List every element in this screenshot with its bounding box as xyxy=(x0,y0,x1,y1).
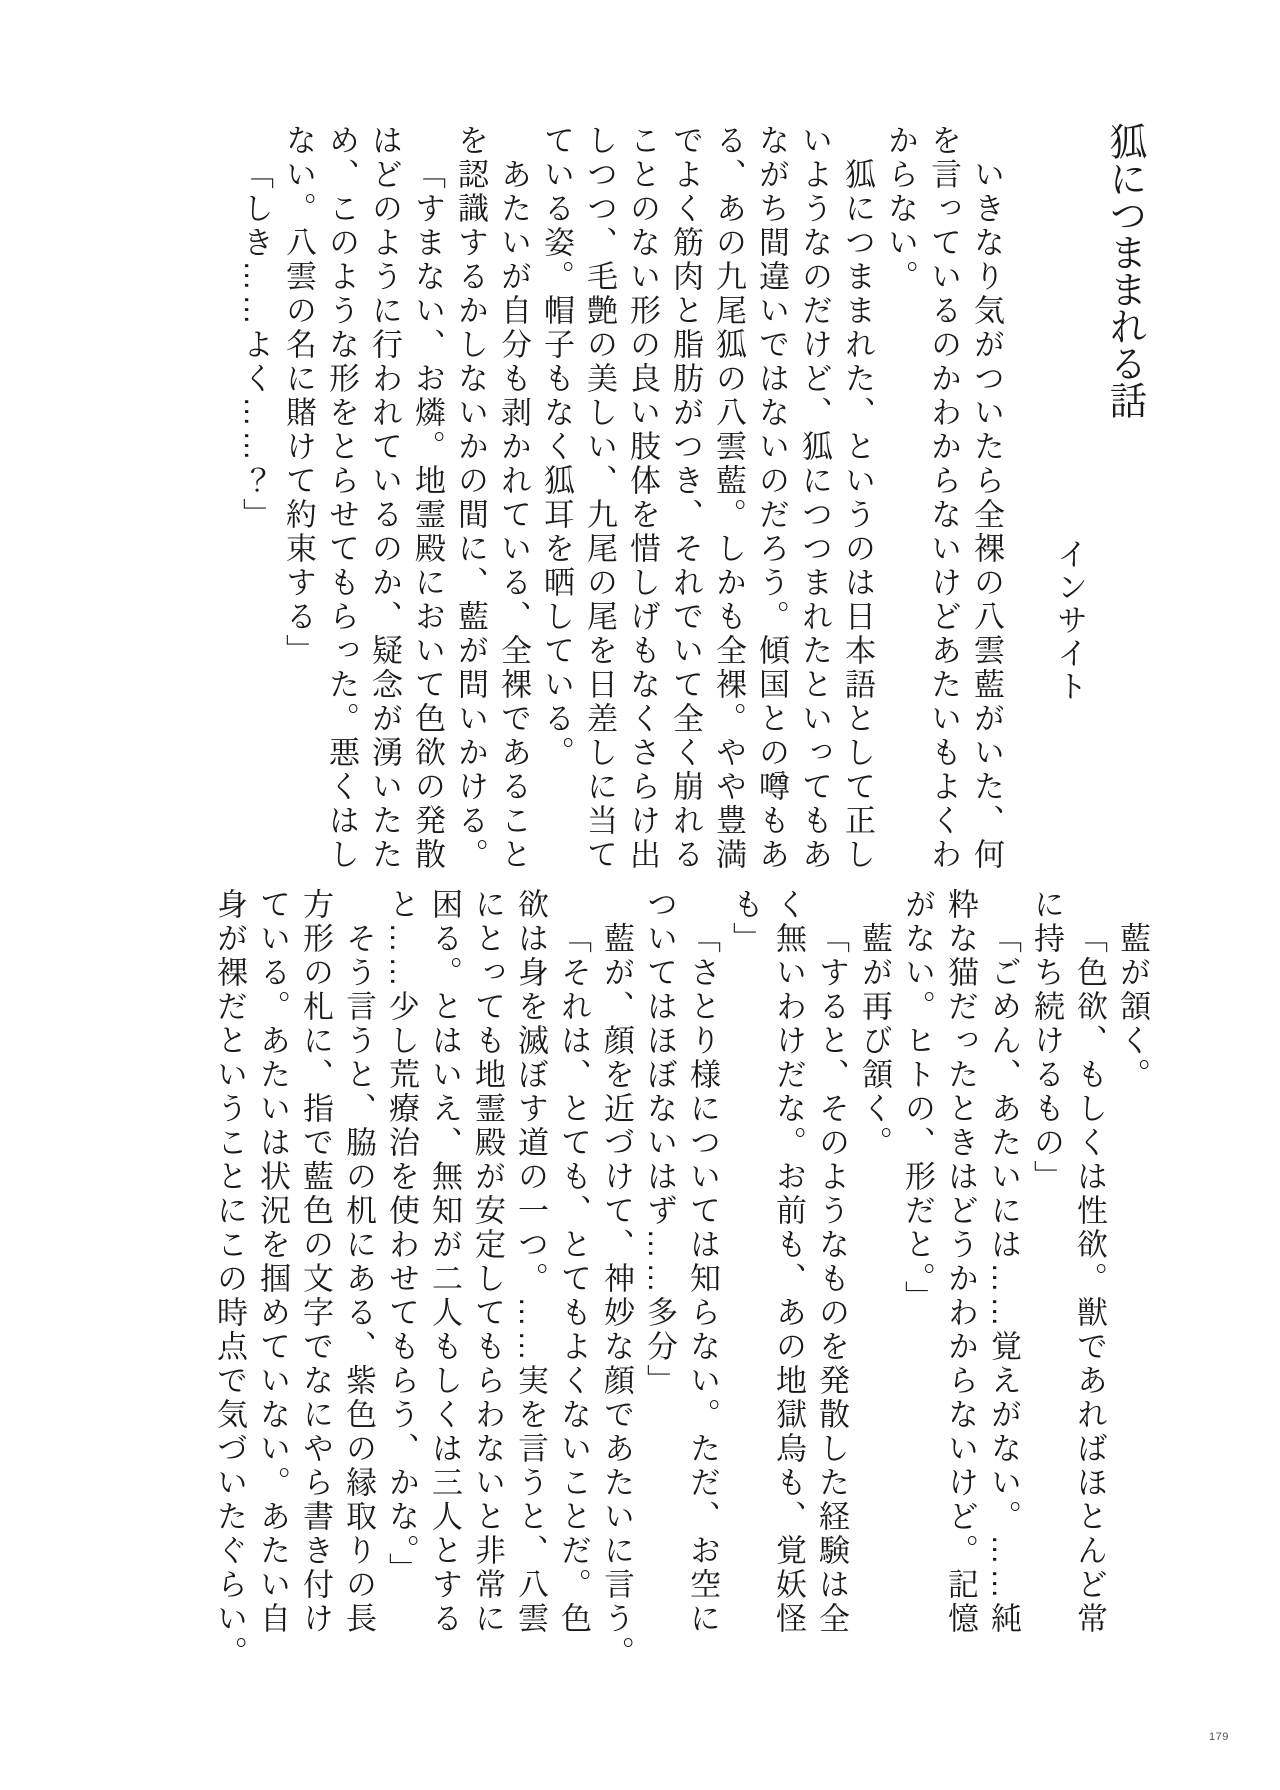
paragraph: 「すると、そのようなものを発散した経験は全く無いわけだな。お前も、あの地獄烏も、… xyxy=(724,888,853,1678)
text-line: 「すると、そのようなものを発散した経験は全 xyxy=(810,888,853,1678)
paragraph: 藍が、顔を近づけて、神妙な顔であたいに言う。 xyxy=(595,888,638,1678)
text-line: いようなのだけど、狐につつまれたといってもあ xyxy=(793,124,836,882)
text-line: も」 xyxy=(724,888,767,1678)
text-line: 狐につままれた、というのは日本語として正し xyxy=(836,124,879,882)
text-line: にとっても地霊殿が安定してもらわないと非常に xyxy=(466,888,509,1678)
text-line: 藍が、顔を近づけて、神妙な顔であたいに言う。 xyxy=(595,888,638,1678)
text-line: ている姿。帽子もなく狐耳を晒している。 xyxy=(535,124,578,882)
text-line: 「しき……よく……？」 xyxy=(234,124,277,882)
paragraph: 「さとり様については知らない。ただ、お空についてはほぼないはず……多分」 xyxy=(638,888,724,1678)
paragraph: いきなり気がついたら全裸の八雲藍がいた、何を言っているのかわからないけどあたいも… xyxy=(879,124,1008,882)
paragraph: 「すまない、お燐。地霊殿において色欲の発散はどのように行われているのか、疑念が湧… xyxy=(277,124,449,882)
text-line: 粋な猫だったときはどうかわからないけど。記憶 xyxy=(939,888,982,1678)
text-line: く無いわけだな。お前も、あの地獄烏も、覚妖怪 xyxy=(767,888,810,1678)
text-line: あたいが自分も剥かれている、全裸であること xyxy=(492,124,535,882)
text-line: 「ごめん、あたいには……覚えがない。……純 xyxy=(982,888,1025,1678)
text-line: 「すまない、お燐。地霊殿において色欲の発散 xyxy=(406,124,449,882)
text-line: 「それは、とても、とてもよくないことだ。色 xyxy=(552,888,595,1678)
paragraph: そう言うと、脇の机にある、紫色の縁取りの長方形の札に、指で藍色の文字でなにやら書… xyxy=(208,888,380,1678)
text-line: しつつ、毛艶の美しい、九尾の尾を日差しに当て xyxy=(578,124,621,882)
scanned-novel-page: { "page": { "title": "狐につままれる話", "author… xyxy=(0,0,1280,1790)
text-line: を認識するかしないかの間に、藍が問いかける。 xyxy=(449,124,492,882)
paragraph: 「しき……よく……？」 xyxy=(234,124,277,882)
story-text-top: いきなり気がついたら全裸の八雲藍がいた、何を言っているのかわからないけどあたいも… xyxy=(234,124,1008,882)
paragraph: 藍が頷く。 xyxy=(1111,888,1154,1678)
text-line: ついてはほぼないはず……多分」 xyxy=(638,888,681,1678)
text-line: に持ち続けるもの」 xyxy=(1025,888,1068,1678)
text-line: 藍が頷く。 xyxy=(1111,888,1154,1678)
paragraph: 「色欲、もしくは性欲。獣であればほとんど常に持ち続けるもの」 xyxy=(1025,888,1111,1678)
paragraph: 「ごめん、あたいには……覚えがない。……純粋な猫だったときはどうかわからないけど… xyxy=(896,888,1025,1678)
text-line: ている。あたいは状況を掴めていない。あたい自 xyxy=(251,888,294,1678)
text-line: 困る。とはいえ、無知が二人もしくは三人とする xyxy=(423,888,466,1678)
story-text-bottom: 藍が頷く。「色欲、もしくは性欲。獣であればほとんど常に持ち続けるもの」「ごめん、… xyxy=(208,888,1154,1678)
text-line: でよく筋肉と脂肪がつき、それでいて全く崩れる xyxy=(664,124,707,882)
text-line: と……少し荒療治を使わせてもらう、かな。」 xyxy=(380,888,423,1678)
text-line: 身が裸だということにこの時点で気づいたぐらい。 xyxy=(208,888,251,1678)
paragraph: 藍が再び頷く。 xyxy=(853,888,896,1678)
text-line: め、このような形をとらせてもらった。悪くはし xyxy=(320,124,363,882)
story-title: 狐につままれる話 xyxy=(1101,122,1147,418)
text-line: 「さとり様については知らない。ただ、お空に xyxy=(681,888,724,1678)
page-number: 179 xyxy=(1209,1731,1229,1743)
author-name: インサイト xyxy=(1050,538,1088,703)
text-line: ない。八雲の名に賭けて約束する」 xyxy=(277,124,320,882)
text-line: を言っているのかわからないけどあたいもよくわ xyxy=(922,124,965,882)
paragraph: あたいが自分も剥かれている、全裸であることを認識するかしないかの間に、藍が問いか… xyxy=(449,124,535,882)
text-line: 藍が再び頷く。 xyxy=(853,888,896,1678)
text-line: 「色欲、もしくは性欲。獣であればほとんど常 xyxy=(1068,888,1111,1678)
text-line: ながち間違いではないのだろう。傾国との噂もあ xyxy=(750,124,793,882)
text-line: はどのように行われているのか、疑念が湧いたた xyxy=(363,124,406,882)
text-line: ことのない形の良い肢体を惜しげもなくさらけ出 xyxy=(621,124,664,882)
paragraph: 「それは、とても、とてもよくないことだ。色欲は身を滅ぼす道の一つ。……実を言うと… xyxy=(380,888,595,1678)
text-line: いきなり気がついたら全裸の八雲藍がいた、何 xyxy=(965,124,1008,882)
text-line: 欲は身を滅ぼす道の一つ。……実を言うと、八雲 xyxy=(509,888,552,1678)
text-line: がない。ヒトの、形だと。」 xyxy=(896,888,939,1678)
text-line: 方形の札に、指で藍色の文字でなにやら書き付け xyxy=(294,888,337,1678)
text-line: そう言うと、脇の机にある、紫色の縁取りの長 xyxy=(337,888,380,1678)
paragraph: 狐につままれた、というのは日本語として正しいようなのだけど、狐につつまれたといっ… xyxy=(535,124,879,882)
text-line: からない。 xyxy=(879,124,922,882)
text-line: る、あの九尾狐の八雲藍。しかも全裸。やや豊満 xyxy=(707,124,750,882)
